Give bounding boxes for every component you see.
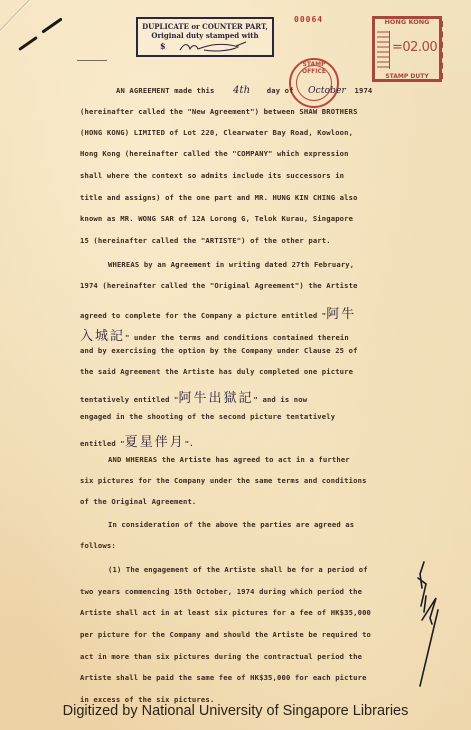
body-line: entitled "夏星伴月". — [80, 431, 194, 450]
body-text: " and is now — [254, 395, 308, 404]
body-line: shall where the context so admits includ… — [80, 171, 344, 180]
hong-kong-revenue-stamp: HONG KONG =02.00 STAMP DUTY — [372, 16, 442, 82]
document-page: DUPLICATE or COUNTER PART, Original duty… — [0, 0, 471, 730]
opening-line: AN AGREEMENT made this 4th day of Octobe… — [116, 85, 372, 96]
body-line: AND WHEREAS the Artiste has agreed to ac… — [108, 455, 350, 464]
handwritten-day: 4th — [233, 85, 250, 96]
body-line: known as MR. WONG SAR of 12A Lorong G, T… — [80, 214, 353, 223]
handwritten-chinese-title: 阿牛 — [326, 307, 356, 322]
pencil-mark — [77, 60, 107, 61]
clause-1-line: act in more than six pictures during the… — [80, 652, 362, 661]
clause-1-line: Artiste shall act in at least six pictur… — [80, 608, 371, 617]
handwritten-signature-icon — [178, 41, 248, 53]
body-text: " under the terms and conditions contain… — [125, 333, 349, 342]
handwritten-chinese-title: 夏星伴月 — [125, 435, 185, 450]
stamp-office-seal: STAMP OFFICE — [289, 58, 339, 108]
body-line: 入城記" under the terms and conditions cont… — [80, 325, 349, 344]
seal-text: STAMP OFFICE — [291, 61, 337, 75]
body-line: six pictures for the Company under the s… — [80, 476, 367, 485]
body-line: agreed to complete for the Company a pic… — [80, 303, 356, 322]
opening-text: AN AGREEMENT made this — [116, 86, 215, 95]
body-line: 15 (hereinafter called the "ARTISTE") of… — [80, 236, 331, 245]
body-line: (HONG KONG) LIMITED of Lot 220, Clearwat… — [80, 128, 353, 137]
fold-crease — [0, 0, 95, 41]
opening-text-dayof: day of — [267, 86, 294, 95]
body-line: and by exercising the option by the Comp… — [80, 346, 358, 355]
revenue-stamp-top: HONG KONG — [375, 18, 439, 26]
duplicate-counterpart-stamp: DUPLICATE or COUNTER PART, Original duty… — [136, 17, 274, 57]
duplicate-stamp-dollar: $ — [160, 42, 166, 51]
body-line: WHEREAS by an Agreement in writing dated… — [108, 260, 354, 269]
body-line: In consideration of the above the partie… — [108, 520, 354, 529]
revenue-stamp-bottom: STAMP DUTY — [375, 73, 439, 80]
handwritten-chinese-title: 阿牛出獄記 — [179, 391, 254, 406]
handwritten-chinese-title: 入城記 — [80, 329, 125, 344]
body-text: ". — [185, 439, 194, 448]
duplicate-stamp-line1: DUPLICATE or COUNTER PART, — [138, 22, 272, 31]
body-text: entitled " — [80, 439, 125, 448]
ink-mark — [41, 17, 62, 33]
handwritten-month: October — [308, 86, 346, 96]
body-line: follows: — [80, 541, 116, 550]
clause-1-line: Artiste shall be paid the same fee of HK… — [80, 673, 367, 682]
ink-mark — [18, 36, 38, 51]
body-line: engaged in the shooting of the second pi… — [80, 412, 335, 421]
body-line: the said Agreement the Artiste has duly … — [80, 367, 353, 376]
duplicate-stamp-line2: Original duty stamped with — [138, 31, 272, 40]
revenue-stamp-value: =02.00 — [392, 40, 437, 55]
body-line: tentatively entitled "阿牛出獄記" and is now — [80, 387, 307, 406]
digitization-credit: Digitized by National University of Sing… — [0, 703, 471, 719]
clause-1-line: (1) The engagement of the Artiste shall … — [108, 565, 368, 574]
stamp-perforation — [441, 21, 449, 79]
clause-1-line: two years commencing 15th October, 1974 … — [80, 587, 362, 596]
body-text: agreed to complete for the Company a pic… — [80, 311, 326, 320]
body-line: of the Original Agreement. — [80, 497, 196, 506]
body-line: Hong Kong (hereinafter called the "COMPA… — [80, 149, 349, 158]
crest-icon — [377, 31, 390, 69]
handwritten-initials-icon — [412, 558, 448, 688]
body-line: (hereinafter called the "New Agreement")… — [80, 107, 358, 116]
clause-1-line: per picture for the Company and should t… — [80, 630, 371, 639]
serial-number: 00064 — [294, 15, 323, 24]
body-text: tentatively entitled " — [80, 395, 179, 404]
body-line: title and assigns) of the one part and M… — [80, 193, 358, 202]
opening-year: 1974 — [355, 86, 373, 95]
body-line: 1974 (hereinafter called the "Original A… — [80, 281, 358, 290]
